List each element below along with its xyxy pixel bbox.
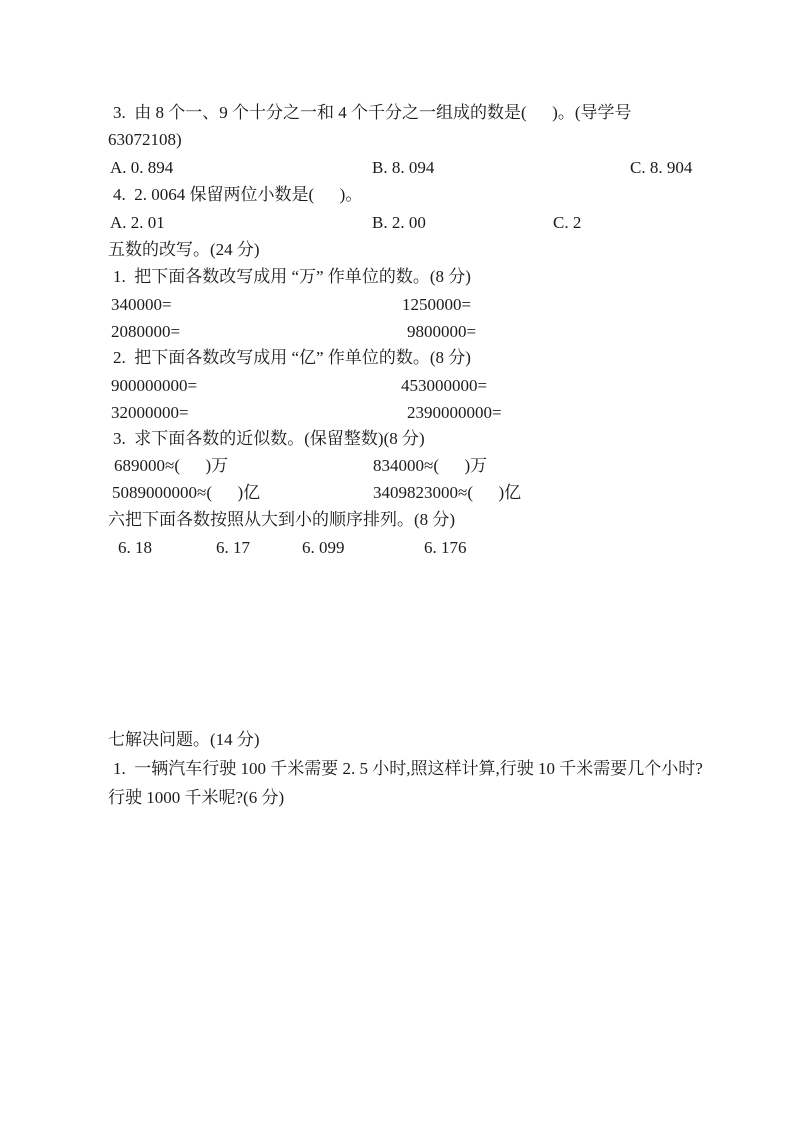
q4-option-c: C. 2	[553, 212, 581, 234]
q4-option-a: A. 2. 01	[110, 212, 165, 234]
s5-item2-blank-4: 2390000000=	[407, 402, 502, 424]
s5-item2-blank-1: 900000000=	[111, 375, 197, 397]
q3-option-a: A. 0. 894	[110, 157, 173, 179]
s5-item2-blank-2: 453000000=	[401, 375, 487, 397]
s5-item2-blank-3: 32000000=	[111, 402, 189, 424]
q3-option-c: C. 8. 904	[630, 157, 692, 179]
s5-item1-blank-4: 9800000=	[407, 321, 476, 343]
s5-item3-blank-2: 834000≈( )万	[373, 455, 487, 477]
section5-heading: 五数的改写。(24 分)	[108, 239, 260, 261]
section6-heading: 六把下面各数按照从大到小的顺序排列。(8 分)	[108, 509, 455, 531]
q4-stem: 4. 2. 0064 保留两位小数是( )。	[113, 184, 362, 206]
s5-item3-blank-4: 3409823000≈( )亿	[373, 482, 521, 504]
s6-number-3: 6. 099	[302, 537, 345, 559]
s5-item1-blank-3: 2080000=	[111, 321, 180, 343]
s5-item1-blank-2: 1250000=	[402, 294, 471, 316]
s6-number-4: 6. 176	[424, 537, 467, 559]
s5-item3-blank-1: 689000≈( )万	[114, 455, 228, 477]
s6-number-1: 6. 18	[118, 537, 152, 559]
worksheet-page: 3. 由 8 个一、9 个十分之一和 4 个千分之一组成的数是( )。(导学号 …	[0, 0, 793, 1122]
s7-item1-line2: 行驶 1000 千米呢?(6 分)	[108, 787, 284, 809]
s5-item3-blank-3: 5089000000≈( )亿	[112, 482, 260, 504]
q3-option-b: B. 8. 094	[372, 157, 434, 179]
q4-option-b: B. 2. 00	[372, 212, 426, 234]
s7-item1-line1: 1. 一辆汽车行驶 100 千米需要 2. 5 小时,照这样计算,行驶 10 千…	[113, 758, 703, 780]
section7-heading: 七解决问题。(14 分)	[108, 729, 260, 751]
s5-item2-stem: 2. 把下面各数改写成用 “亿” 作单位的数。(8 分)	[113, 347, 471, 369]
s5-item1-stem: 1. 把下面各数改写成用 “万” 作单位的数。(8 分)	[113, 266, 471, 288]
q3-stem-line1: 3. 由 8 个一、9 个十分之一和 4 个千分之一组成的数是( )。(导学号	[113, 102, 631, 124]
s5-item1-blank-1: 340000=	[111, 294, 172, 316]
s6-number-2: 6. 17	[216, 537, 250, 559]
q3-stem-line2: 63072108)	[108, 129, 182, 151]
s5-item3-stem: 3. 求下面各数的近似数。(保留整数)(8 分)	[113, 428, 425, 450]
